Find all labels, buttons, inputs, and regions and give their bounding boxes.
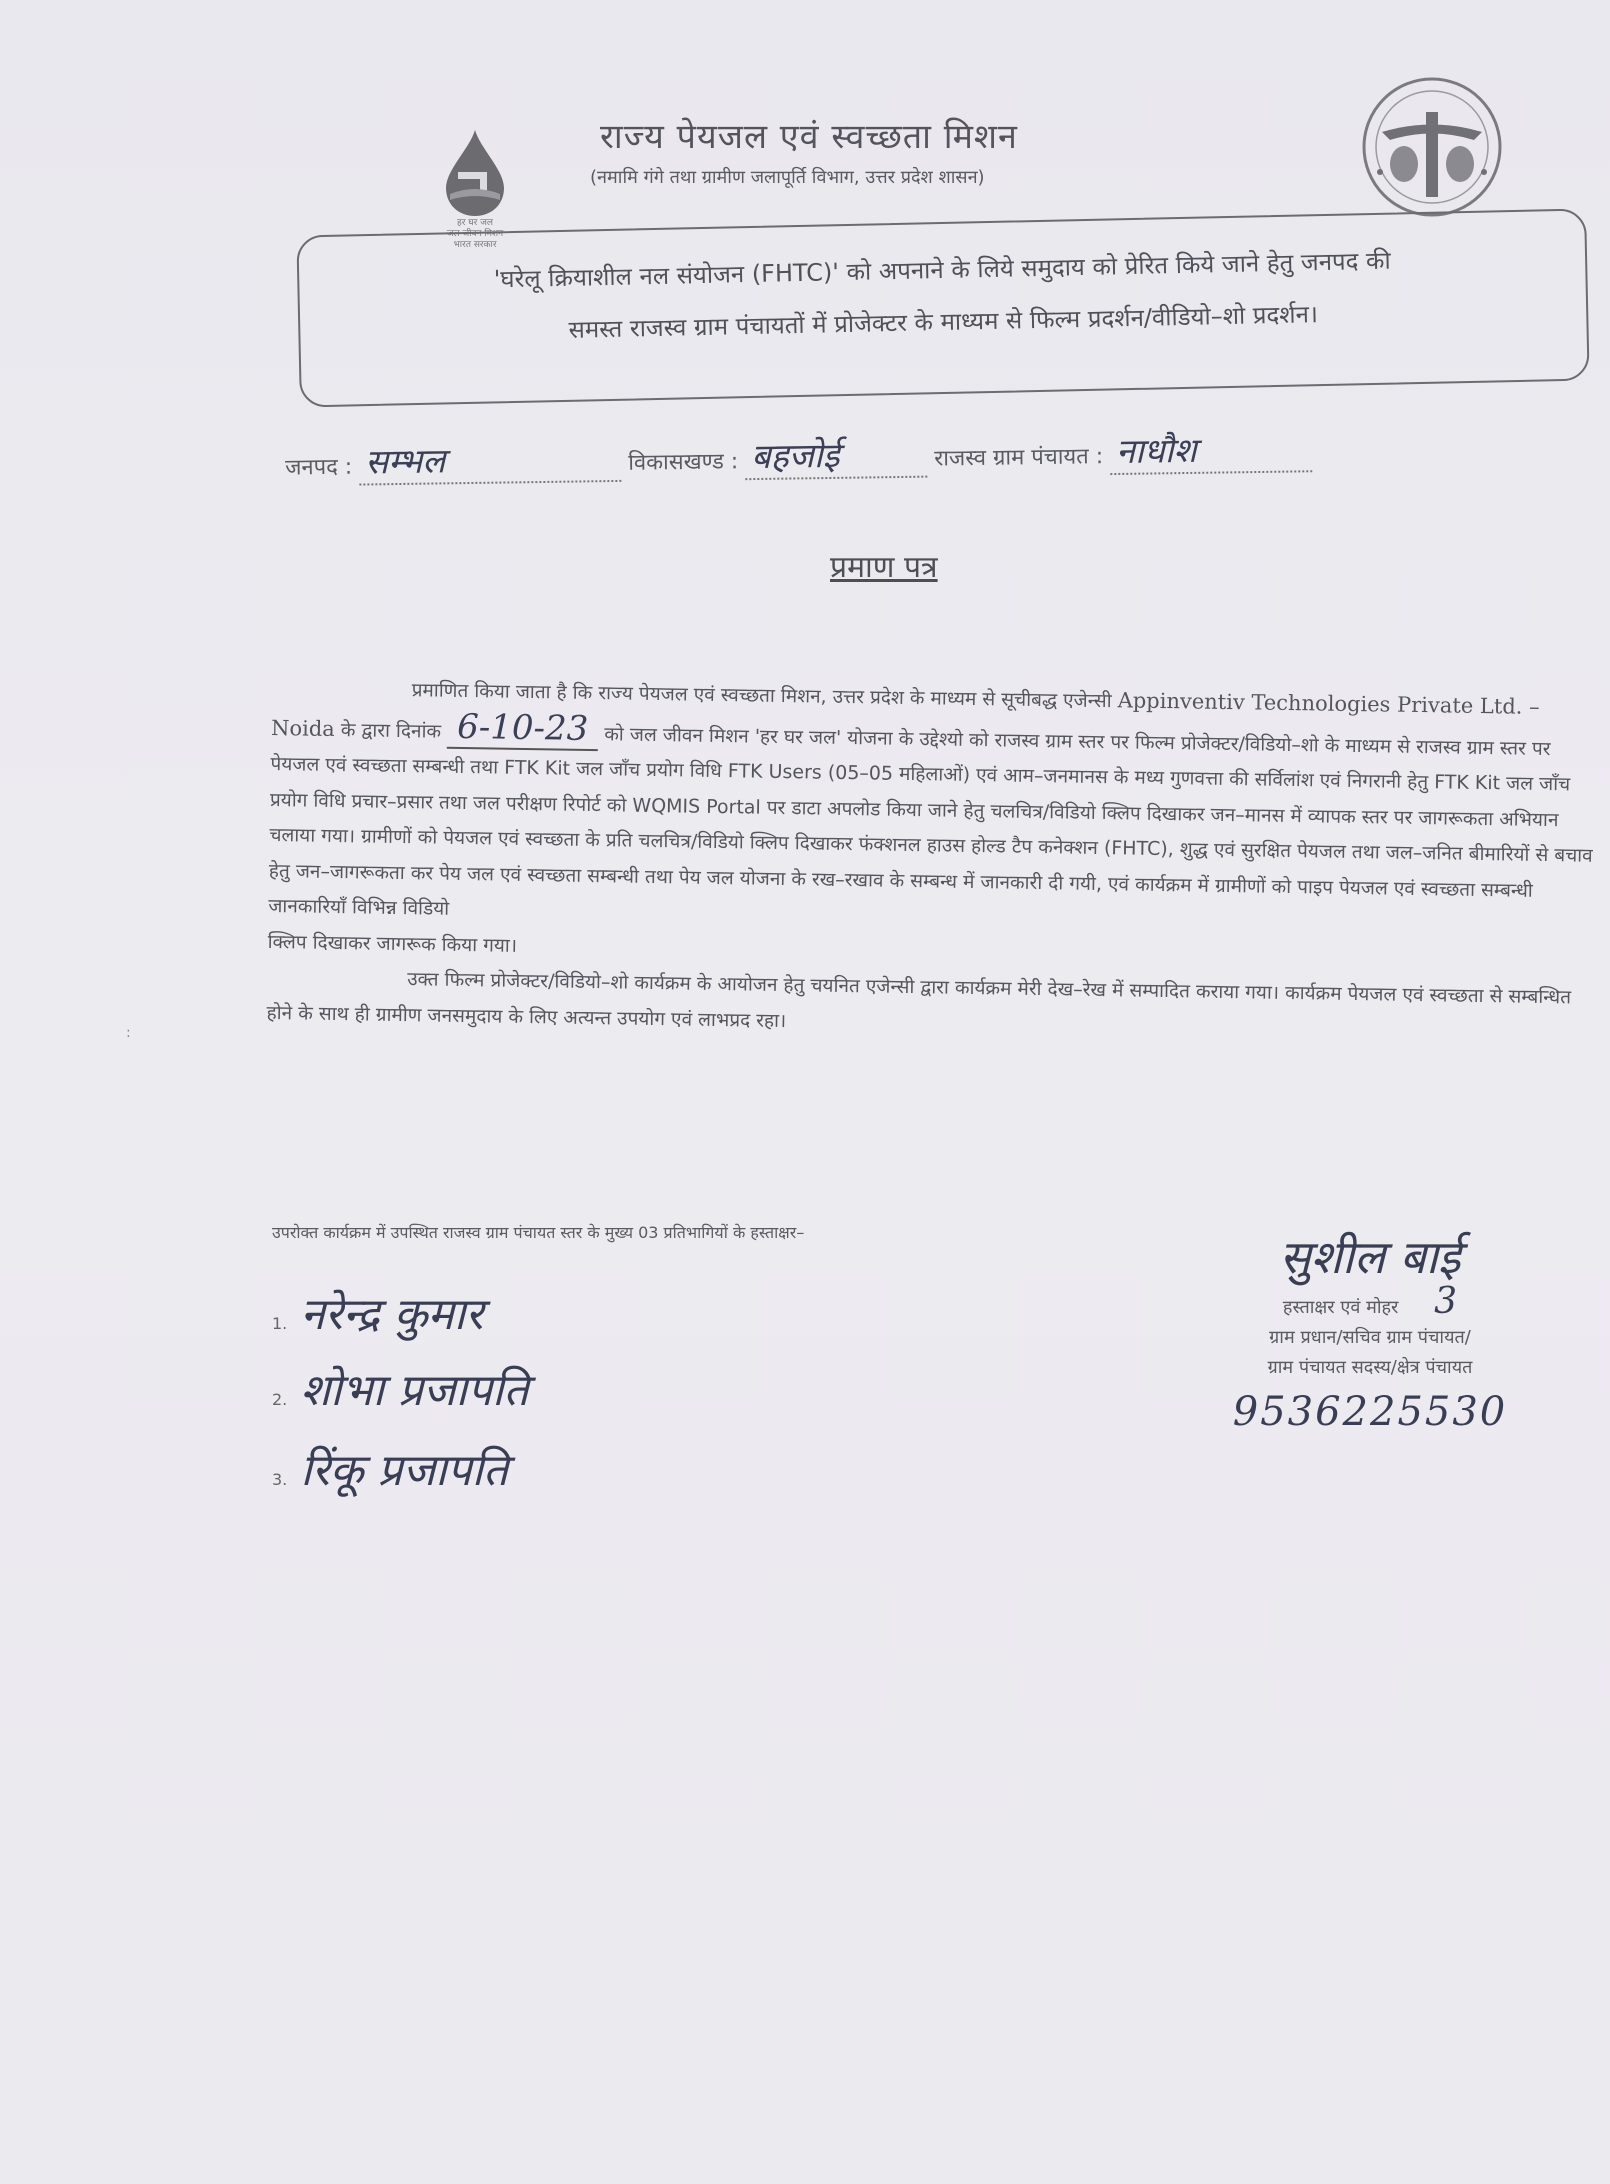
uttar-pradesh-state-seal-icon — [1352, 72, 1512, 222]
district-label: जनपद : — [285, 455, 352, 481]
program-date: 6-10-23 — [447, 706, 599, 750]
margin-mark: : — [126, 1025, 131, 1041]
water-drop-tap-icon — [440, 128, 510, 218]
witness-number: 3. — [272, 1470, 287, 1489]
para2-text: उक्त फिल्म प्रोजेक्टर/विडियो–शो कार्यक्र… — [266, 968, 1571, 1031]
para1-body: को जल जीवन मिशन 'हर घर जल' योजना के उद्द… — [268, 723, 1593, 920]
sign-number: 3 — [1434, 1281, 1457, 1322]
certificate-title: प्रमाण पत्र — [830, 545, 938, 586]
witness-signature-1: 1. नरेन्द्र कुमार — [272, 1282, 483, 1342]
witness-signature-3: 3. रिंकू प्रजापति — [272, 1438, 508, 1498]
witness-number: 2. — [272, 1390, 287, 1409]
program-banner: 'घरेलू क्रियाशील नल संयोजन (FHTC)' को अप… — [296, 209, 1589, 408]
block-value: बहजोई — [745, 430, 928, 481]
logo-caption-1: हर घर जल — [410, 218, 540, 229]
certificate-body: प्रमाणित किया जाता है कि राज्य पेयजल एवं… — [266, 670, 1602, 1052]
authority-role-1: ग्राम प्रधान/सचिव ग्राम पंचायत/ — [1170, 1323, 1570, 1353]
block-label: विकासखण्ड : — [628, 449, 738, 476]
location-fields: जनपद : सम्भल विकासखण्ड : बहजोई राजस्व ग्… — [285, 421, 1516, 486]
sign-and-seal-label: हस्ताक्षर एवं मोहर 3 — [1170, 1287, 1570, 1323]
authority-block: सुशील बाई हस्ताक्षर एवं मोहर 3 ग्राम प्र… — [1170, 1225, 1570, 1435]
authority-role-2: ग्राम पंचायत सदस्य/क्षेत्र पंचायत — [1170, 1353, 1570, 1383]
department-subtitle: (नमामि गंगे तथा ग्रामीण जलापूर्ति विभाग,… — [590, 165, 1310, 189]
authority-phone: 9536225530 — [1170, 1389, 1570, 1435]
witness-intro: उपरोक्त कार्यक्रम में उपस्थित राजस्व ग्र… — [272, 1220, 992, 1246]
panchayat-value: नाधौश — [1110, 424, 1313, 475]
up-government-seal — [1352, 72, 1512, 222]
mission-title: राज्य पेयजल एवं स्वच्छता मिशन — [600, 112, 1300, 158]
witness-signature-2: 2. शोभा प्रजापति — [272, 1358, 529, 1418]
panchayat-label: राजस्व ग्राम पंचायत : — [934, 444, 1103, 471]
witness-signature-text: रिंकू प्रजापति — [300, 1445, 508, 1496]
para1-date-prefix: के द्वारा दिनांक — [341, 719, 442, 743]
district-value: सम्भल — [359, 434, 622, 486]
witness-signature-text: शोभा प्रजापति — [300, 1365, 528, 1416]
paragraph-1: प्रमाणित किया जाता है कि राज्य पेयजल एवं… — [268, 670, 1602, 945]
witness-number: 1. — [272, 1314, 287, 1333]
authority-signature: सुशील बाई — [1170, 1225, 1570, 1287]
witness-signature-text: नरेन्द्र कुमार — [300, 1289, 483, 1340]
sign-label-text: हस्ताक्षर एवं मोहर — [1283, 1297, 1399, 1318]
